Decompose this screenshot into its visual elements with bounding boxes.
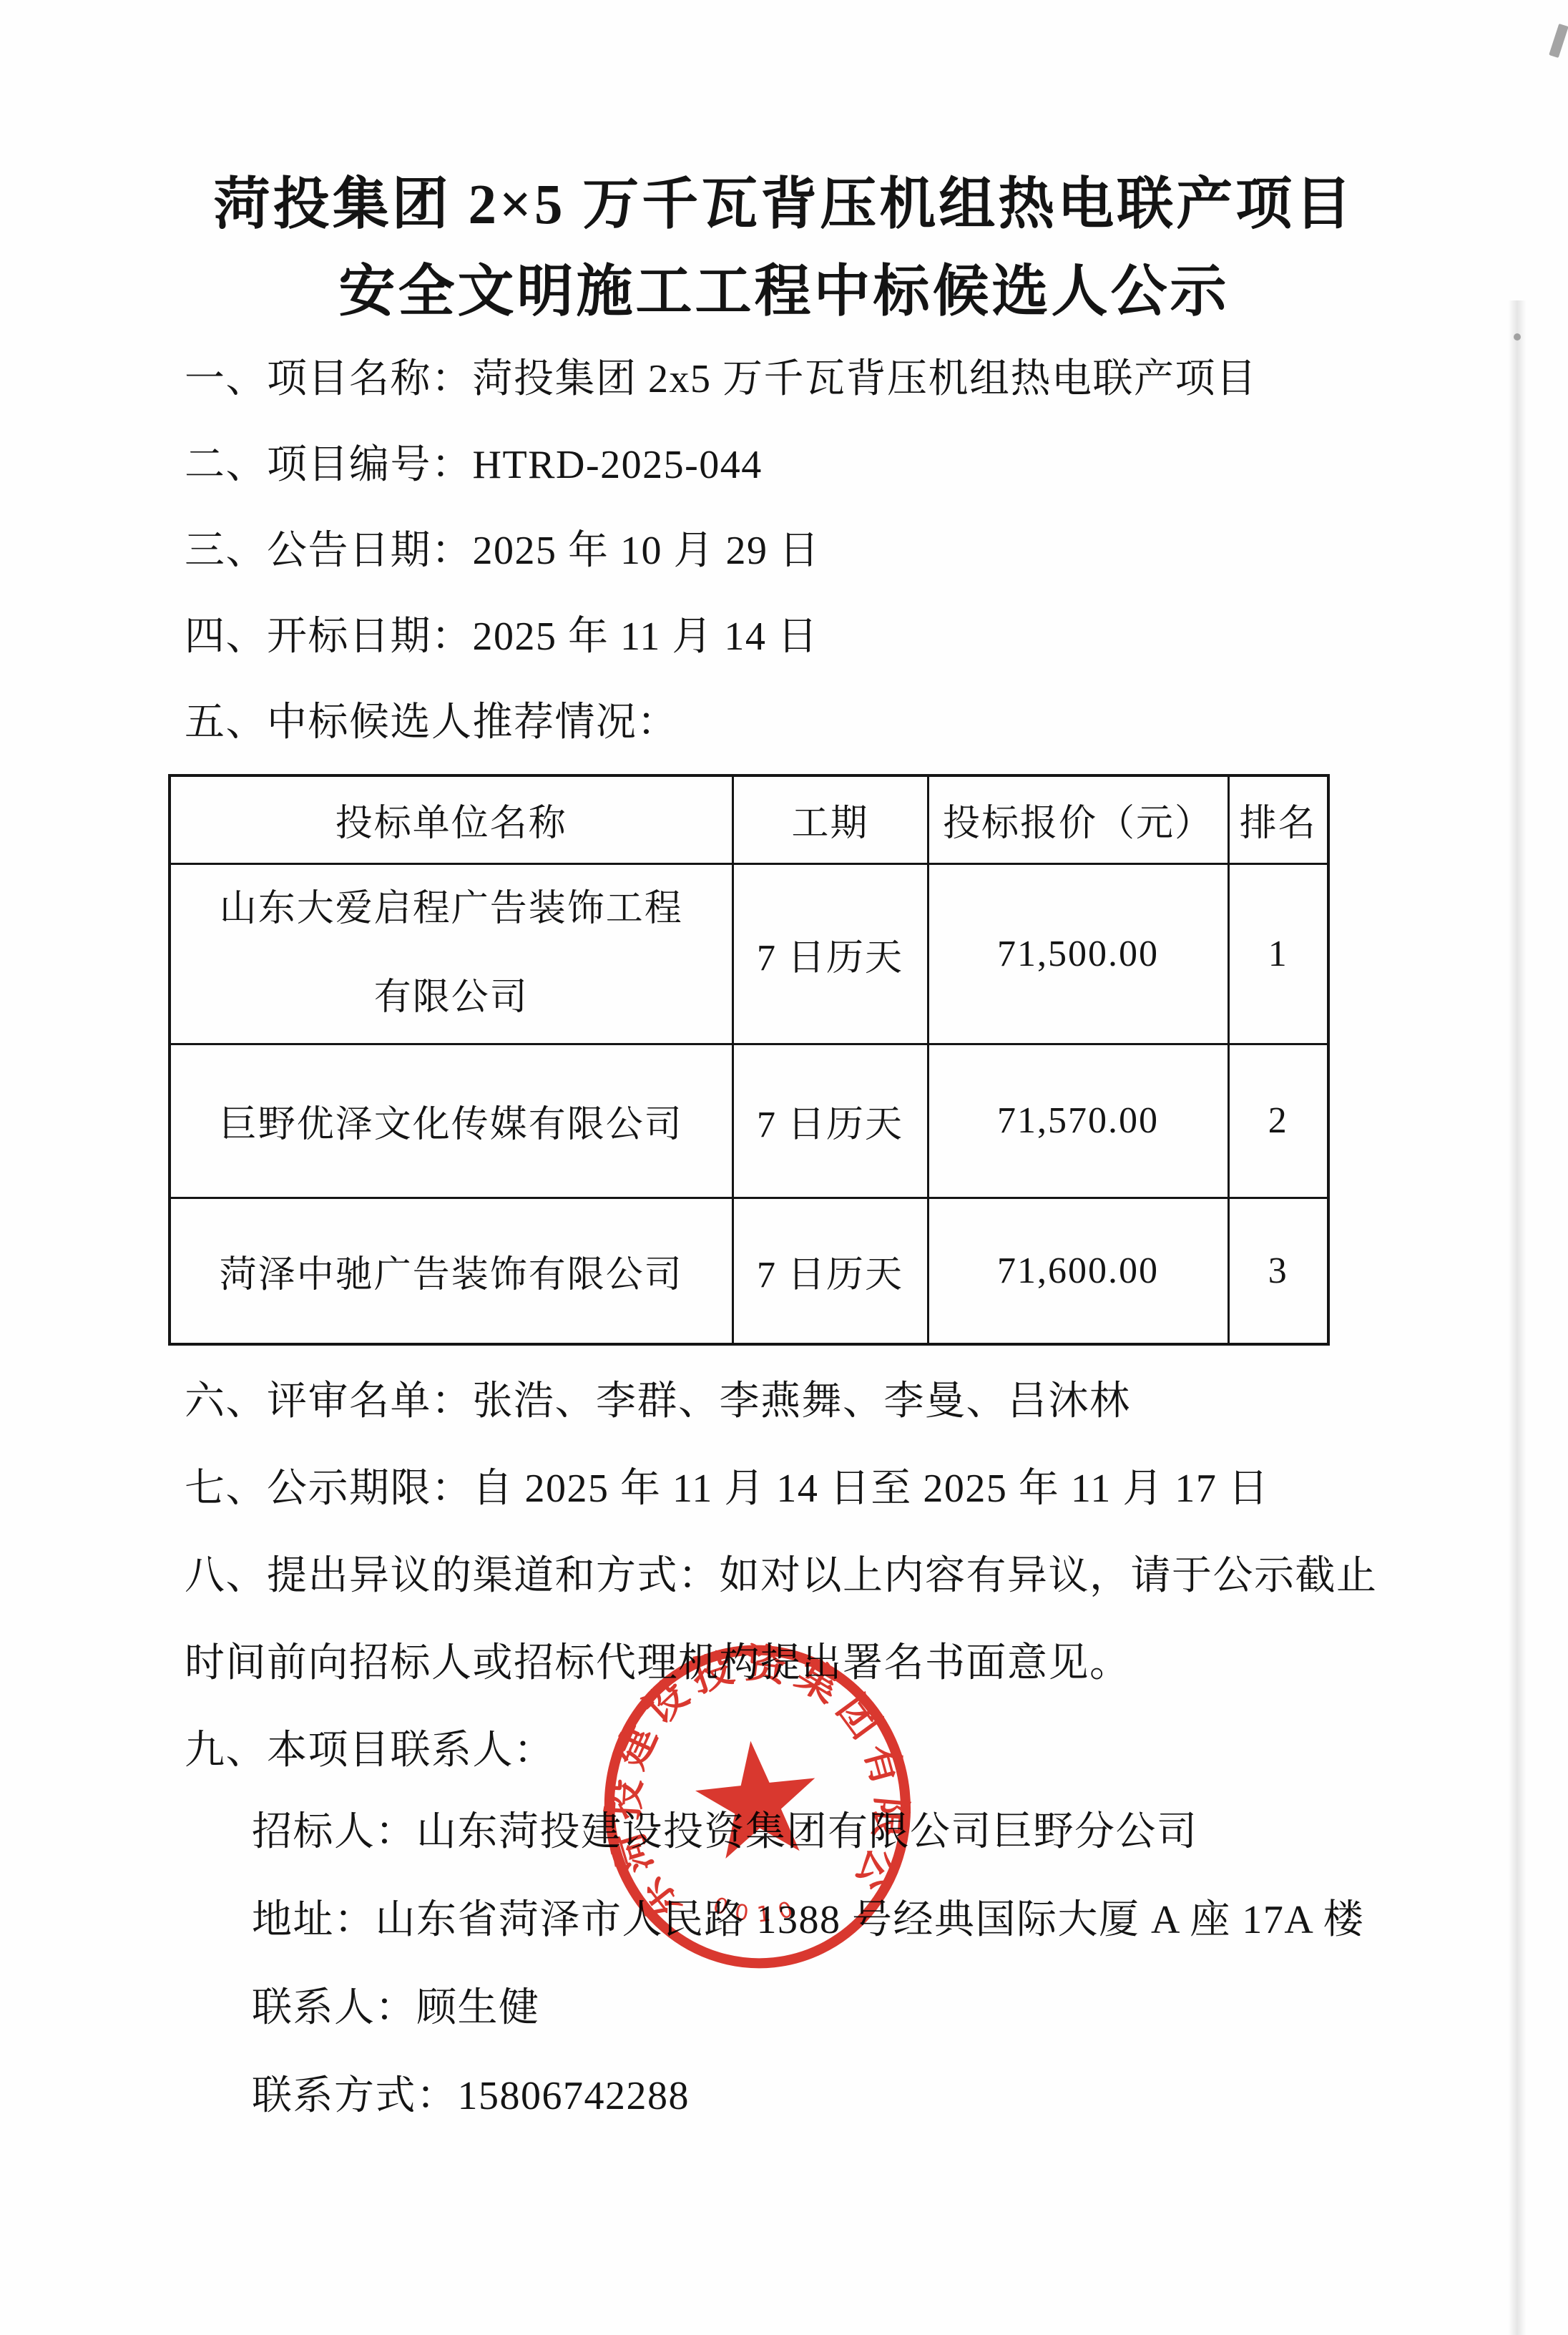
contact-person: 联系人：顾生健 <box>252 1964 1482 2052</box>
cell-duration: 7 日历天 <box>732 1198 928 1344</box>
table-row: 山东大爱启程广告装饰工程 有限公司 7 日历天 71,500.00 1 <box>170 863 1328 1044</box>
item-open-bid-date: 四、开标日期：2025 年 11 月 14 日 <box>185 594 1482 680</box>
cell-company: 菏泽中驰广告装饰有限公司 <box>170 1198 732 1344</box>
item-candidates-heading: 五、中标候选人推荐情况： <box>185 680 1482 765</box>
cell-rank: 2 <box>1228 1044 1328 1198</box>
item-review-panel: 六、评审名单：张浩、李群、李燕舞、李曼、吕沐林 <box>185 1358 1482 1445</box>
item-project-name: 一、项目名称：菏投集团 2x5 万千瓦背压机组热电联产项目 <box>185 336 1482 422</box>
bid-candidates-table: 投标单位名称 工期 投标报价（元） 排名 山东大爱启程广告装饰工程 有限公司 7… <box>168 774 1330 1346</box>
cell-duration: 7 日历天 <box>732 863 928 1044</box>
item-publicity-period: 七、公示期限：自 2025 年 11 月 14 日至 2025 年 11 月 1… <box>185 1445 1482 1532</box>
item-objection-channel-cont: 时间前向招标人或招标代理机构提出署名书面意见。 <box>185 1620 1482 1707</box>
item-contact-heading: 九、本项目联系人： <box>185 1707 1482 1794</box>
item-objection-channel: 八、提出异议的渠道和方式：如对以上内容有异议，请于公示截止 <box>185 1532 1482 1620</box>
contact-phone: 联系方式：15806742288 <box>252 2052 1482 2140</box>
col-header-company: 投标单位名称 <box>170 775 732 863</box>
cell-rank: 1 <box>1228 863 1328 1044</box>
contact-bidder: 招标人：山东菏投建设投资集团有限公司巨野分公司 <box>252 1788 1482 1876</box>
document-title-line1: 菏投集团 2×5 万千瓦背压机组热电联产项目 <box>0 162 1568 249</box>
document-title-line2: 安全文明施工工程中标候选人公示 <box>0 249 1568 336</box>
announcement-document-page: 菏投集团 2×5 万千瓦背压机组热电联产项目 安全文明施工工程中标候选人公示 一… <box>0 0 1568 2335</box>
cell-price: 71,570.00 <box>928 1044 1228 1198</box>
company-name-line1: 山东大爱启程广告装饰工程 <box>171 865 732 954</box>
col-header-duration: 工期 <box>732 775 928 863</box>
cell-price: 71,500.00 <box>928 863 1228 1044</box>
contact-address: 地址：山东省菏泽市人民路 1388 号经典国际大厦 A 座 17A 楼 <box>252 1876 1482 1964</box>
table-header-row: 投标单位名称 工期 投标报价（元） 排名 <box>170 775 1328 863</box>
scan-edge-shadow <box>1508 300 1527 2335</box>
col-header-price: 投标报价（元） <box>928 775 1228 863</box>
project-info-list: 一、项目名称：菏投集团 2x5 万千瓦背压机组热电联产项目 二、项目编号：HTR… <box>185 336 1482 765</box>
item-project-number: 二、项目编号：HTRD-2025-044 <box>185 422 1482 508</box>
company-name-line2: 有限公司 <box>171 954 732 1042</box>
item-announce-date: 三、公告日期：2025 年 10 月 29 日 <box>185 508 1482 594</box>
post-table-list: 六、评审名单：张浩、李群、李燕舞、李曼、吕沐林 七、公示期限：自 2025 年 … <box>185 1358 1482 1794</box>
document-title: 菏投集团 2×5 万千瓦背压机组热电联产项目 安全文明施工工程中标候选人公示 <box>0 162 1568 336</box>
table-row: 巨野优泽文化传媒有限公司 7 日历天 71,570.00 2 <box>170 1044 1328 1198</box>
scan-artifact <box>1514 333 1521 341</box>
cell-duration: 7 日历天 <box>732 1044 928 1198</box>
scan-artifact <box>1549 24 1568 58</box>
cell-rank: 3 <box>1228 1198 1328 1344</box>
cell-company: 巨野优泽文化传媒有限公司 <box>170 1044 732 1198</box>
cell-company: 山东大爱启程广告装饰工程 有限公司 <box>170 863 732 1044</box>
cell-price: 71,600.00 <box>928 1198 1228 1344</box>
col-header-rank: 排名 <box>1228 775 1328 863</box>
contact-info-list: 招标人：山东菏投建设投资集团有限公司巨野分公司 地址：山东省菏泽市人民路 138… <box>252 1788 1482 2140</box>
table-row: 菏泽中驰广告装饰有限公司 7 日历天 71,600.00 3 <box>170 1198 1328 1344</box>
